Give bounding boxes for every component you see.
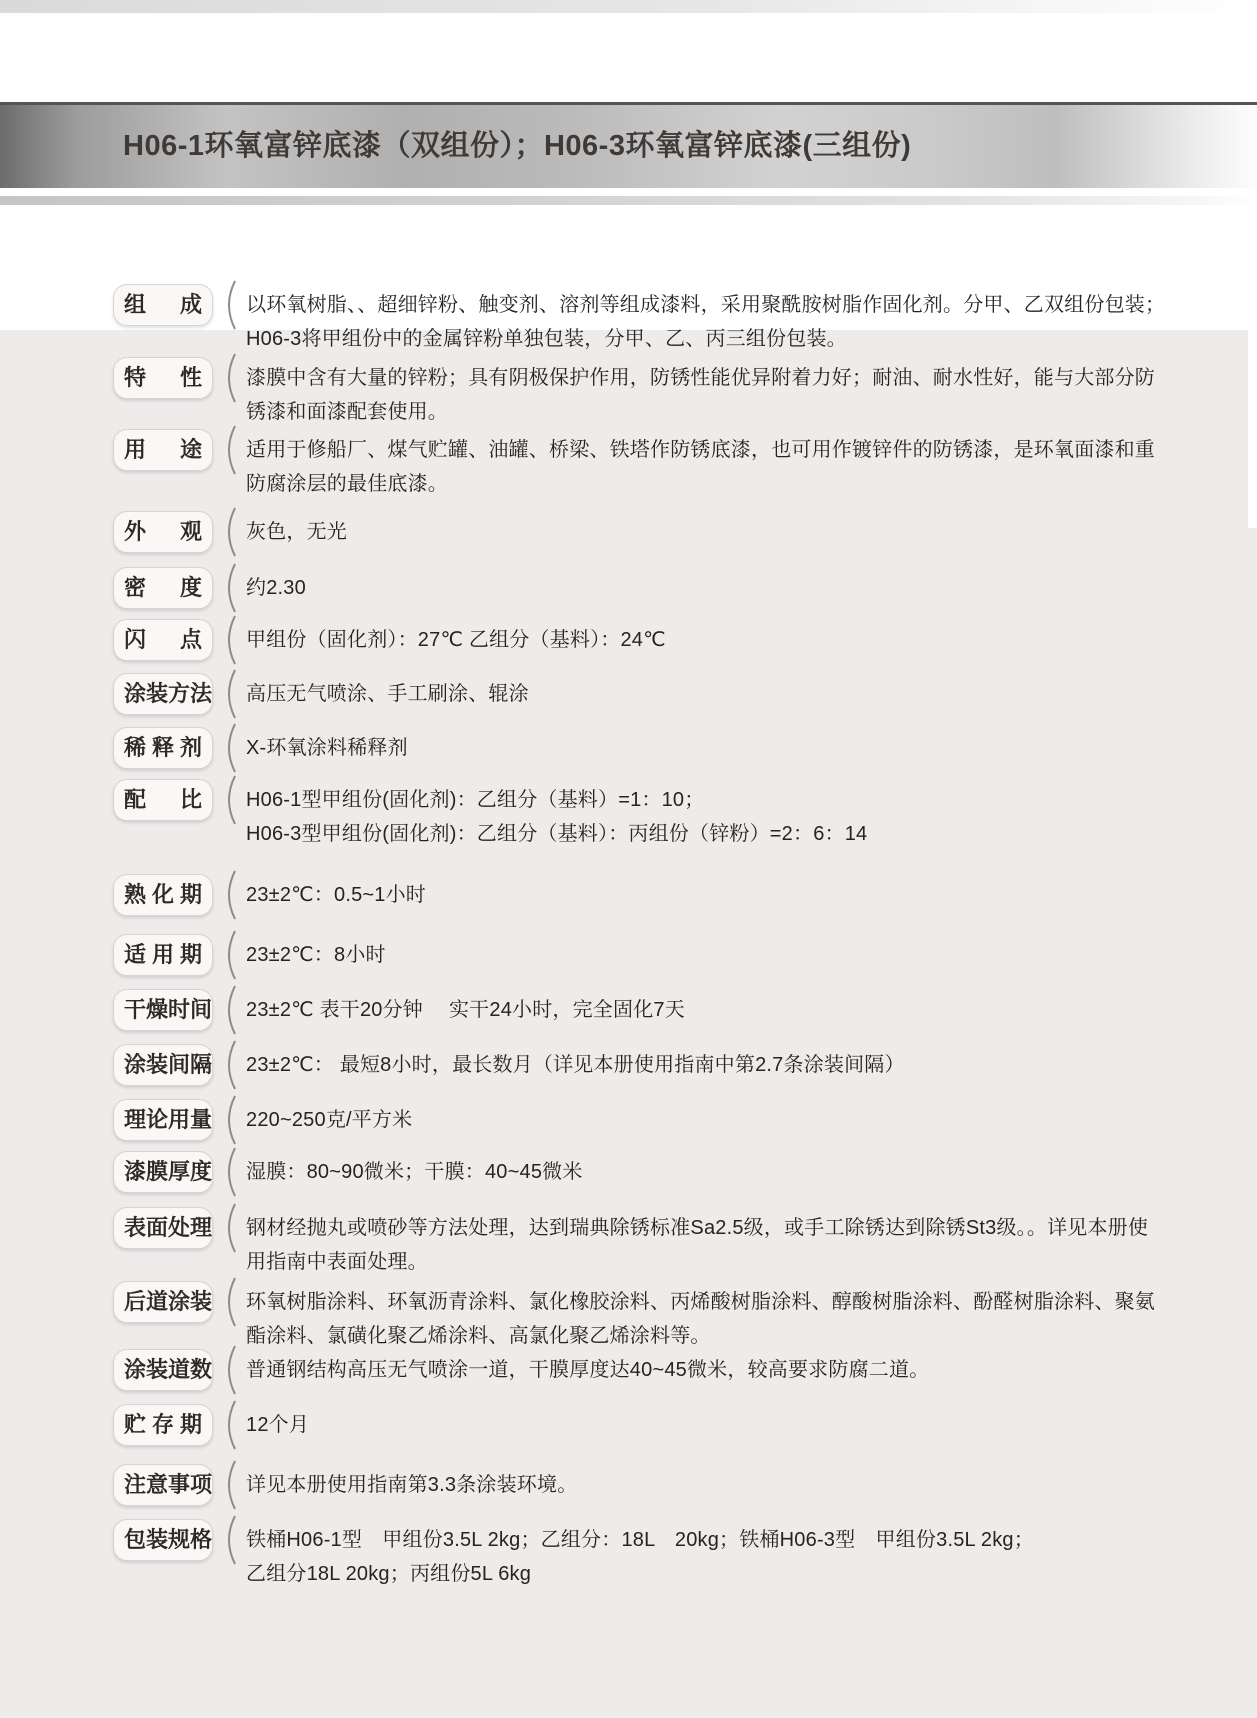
row-composition: 组成 以环氧树脂、、超细锌粉、触变剂、溶剂等组成漆料，采用聚酰胺树脂作固化剂。分… bbox=[113, 288, 1165, 356]
spec-label: 涂装道数 bbox=[124, 1359, 202, 1381]
bracket-icon bbox=[218, 505, 240, 559]
spec-value: 铁桶H06-1型 甲组份3.5L 2kg；乙组分：18L 20kg；铁桶H06-… bbox=[246, 1523, 1034, 1591]
row-characteristics: 特性 漆膜中含有大量的锌粉；具有阴极保护作用，防锈性能优异附着力好；耐油、耐水性… bbox=[113, 361, 1155, 429]
bracket-icon bbox=[218, 868, 240, 922]
header-bar: H06-1环氧富锌底漆（双组份）；H06-3环氧富锌底漆(三组份) bbox=[0, 102, 1257, 188]
spec-label-pill: 组成 bbox=[113, 284, 213, 326]
spec-label: 表面处理 bbox=[124, 1217, 202, 1239]
spec-label-pill: 适用期 bbox=[113, 934, 213, 976]
spec-label-pill: 熟化期 bbox=[113, 874, 213, 916]
row-surface-treatment: 表面处理 钢材经抛丸或喷砂等方法处理，达到瑞典除锈标准Sa2.5级，或手工除锈达… bbox=[113, 1211, 1148, 1279]
spec-label-pill: 涂装道数 bbox=[113, 1349, 213, 1391]
bracket-icon bbox=[218, 423, 240, 477]
spec-label-pill: 涂装方法 bbox=[113, 673, 213, 715]
spec-label: 包装规格 bbox=[124, 1529, 202, 1551]
spec-label-pill: 理论用量 bbox=[113, 1099, 213, 1141]
bracket-icon bbox=[218, 721, 240, 775]
spec-label: 外观 bbox=[124, 521, 202, 543]
spec-value: 钢材经抛丸或喷砂等方法处理，达到瑞典除锈标准Sa2.5级，或手工除锈达到除锈St… bbox=[246, 1211, 1148, 1279]
row-number-of-coats: 涂装道数 普通钢结构高压无气喷涂一道，干膜厚度达40~45微米，较高要求防腐二道… bbox=[113, 1353, 929, 1397]
spec-value: 漆膜中含有大量的锌粉；具有阴极保护作用，防锈性能优异附着力好；耐油、耐水性好，能… bbox=[246, 361, 1155, 429]
row-appearance: 外观 灰色，无光 bbox=[113, 515, 347, 559]
bracket-icon bbox=[218, 1145, 240, 1199]
spec-label-pill: 稀释剂 bbox=[113, 727, 213, 769]
header-underline-band bbox=[0, 196, 1257, 205]
bracket-icon bbox=[218, 1458, 240, 1512]
spec-label-pill: 特性 bbox=[113, 357, 213, 399]
spec-label: 后道涂装 bbox=[124, 1291, 202, 1313]
row-density: 密度 约2.30 bbox=[113, 571, 306, 615]
spec-label-pill: 外观 bbox=[113, 511, 213, 553]
bracket-icon bbox=[218, 278, 240, 332]
spec-value: 湿膜：80~90微米；干膜：40~45微米 bbox=[246, 1155, 583, 1189]
bracket-icon bbox=[218, 1343, 240, 1397]
spec-label: 注意事项 bbox=[124, 1474, 202, 1496]
row-shelf-life: 贮存期 12个月 bbox=[113, 1408, 309, 1452]
row-theoretical-consumption: 理论用量 220~250克/平方米 bbox=[113, 1103, 412, 1147]
spec-label-pill: 涂装间隔 bbox=[113, 1044, 213, 1086]
row-drying-time: 干燥时间 23±2℃ 表干20分钟 实干24小时，完全固化7天 bbox=[113, 993, 685, 1037]
spec-label-pill: 配比 bbox=[113, 779, 213, 821]
spec-value: 详见本册使用指南第3.3条涂装环境。 bbox=[246, 1468, 577, 1502]
spec-label-pill: 漆膜厚度 bbox=[113, 1151, 213, 1193]
spec-label: 稀释剂 bbox=[124, 737, 202, 759]
row-thinner: 稀释剂 X-环氧涂料稀释剂 bbox=[113, 731, 408, 775]
spec-label-pill: 用途 bbox=[113, 429, 213, 471]
spec-label-pill: 包装规格 bbox=[113, 1519, 213, 1561]
spec-label: 适用期 bbox=[124, 944, 202, 966]
top-edge-strip bbox=[0, 0, 1257, 13]
spec-label: 涂装方法 bbox=[124, 683, 202, 705]
spec-value: 以环氧树脂、、超细锌粉、触变剂、溶剂等组成漆料，采用聚酰胺树脂作固化剂。分甲、乙… bbox=[246, 288, 1165, 356]
spec-value: 23±2℃： 最短8小时，最长数月（详见本册使用指南中第2.7条涂装间隔） bbox=[246, 1048, 905, 1082]
spec-label: 组成 bbox=[124, 294, 202, 316]
row-pot-life: 适用期 23±2℃：8小时 bbox=[113, 938, 386, 982]
spec-label-pill: 闪点 bbox=[113, 619, 213, 661]
bracket-icon bbox=[218, 928, 240, 982]
spec-label: 闪点 bbox=[124, 629, 202, 651]
spec-value: 适用于修船厂、煤气贮罐、油罐、桥梁、铁塔作防锈底漆，也可用作镀锌件的防锈漆，是环… bbox=[246, 433, 1155, 501]
spec-label: 用途 bbox=[124, 439, 202, 461]
row-maturation-time: 熟化期 23±2℃：0.5~1小时 bbox=[113, 878, 426, 922]
spec-value: 约2.30 bbox=[246, 571, 306, 605]
spec-value: 220~250克/平方米 bbox=[246, 1103, 412, 1137]
row-application: 用途 适用于修船厂、煤气贮罐、油罐、桥梁、铁塔作防锈底漆，也可用作镀锌件的防锈漆… bbox=[113, 433, 1155, 501]
bracket-icon bbox=[218, 351, 240, 405]
bracket-icon bbox=[218, 773, 240, 827]
bracket-icon bbox=[218, 1398, 240, 1452]
row-precautions: 注意事项 详见本册使用指南第3.3条涂装环境。 bbox=[113, 1468, 577, 1512]
spec-label-pill: 表面处理 bbox=[113, 1207, 213, 1249]
spec-label: 密度 bbox=[124, 577, 202, 599]
spec-value: 甲组份（固化剂）：27℃ 乙组分（基料）：24℃ bbox=[246, 623, 666, 657]
row-packaging: 包装规格 铁桶H06-1型 甲组份3.5L 2kg；乙组分：18L 20kg；铁… bbox=[113, 1523, 1034, 1591]
spec-value: 普通钢结构高压无气喷涂一道，干膜厚度达40~45微米，较高要求防腐二道。 bbox=[246, 1353, 929, 1387]
spec-value: X-环氧涂料稀释剂 bbox=[246, 731, 408, 765]
spec-value: 23±2℃：8小时 bbox=[246, 938, 386, 972]
spec-label: 配比 bbox=[124, 789, 202, 811]
spec-label: 理论用量 bbox=[124, 1109, 202, 1131]
row-subsequent-coats: 后道涂装 环氧树脂涂料、环氧沥青涂料、氯化橡胶涂料、丙烯酸树脂涂料、醇酸树脂涂料… bbox=[113, 1285, 1155, 1353]
spec-label-pill: 注意事项 bbox=[113, 1464, 213, 1506]
spec-label: 贮存期 bbox=[124, 1414, 202, 1436]
spec-label: 漆膜厚度 bbox=[124, 1161, 202, 1183]
spec-value: 环氧树脂涂料、环氧沥青涂料、氯化橡胶涂料、丙烯酸树脂涂料、醇酸树脂涂料、酚醛树脂… bbox=[246, 1285, 1155, 1353]
spec-value: 高压无气喷涂、手工刷涂、辊涂 bbox=[246, 677, 529, 711]
bracket-icon bbox=[218, 1201, 240, 1255]
spec-value: 23±2℃：0.5~1小时 bbox=[246, 878, 426, 912]
bracket-icon bbox=[218, 1513, 240, 1567]
spec-label-pill: 干燥时间 bbox=[113, 989, 213, 1031]
bracket-icon bbox=[218, 613, 240, 667]
bracket-icon bbox=[218, 1275, 240, 1329]
row-film-thickness: 漆膜厚度 湿膜：80~90微米；干膜：40~45微米 bbox=[113, 1155, 583, 1199]
spec-label-pill: 后道涂装 bbox=[113, 1281, 213, 1323]
spec-label: 干燥时间 bbox=[124, 999, 202, 1021]
page-title: H06-1环氧富锌底漆（双组份）；H06-3环氧富锌底漆(三组份) bbox=[123, 105, 911, 188]
spec-label: 涂装间隔 bbox=[124, 1054, 202, 1076]
spec-value: 12个月 bbox=[246, 1408, 309, 1442]
bracket-icon bbox=[218, 667, 240, 721]
spec-label: 特性 bbox=[124, 367, 202, 389]
bracket-icon bbox=[218, 1093, 240, 1147]
datasheet-page: H06-1环氧富锌底漆（双组份）；H06-3环氧富锌底漆(三组份) 组成 以环氧… bbox=[0, 0, 1257, 1718]
spec-label: 熟化期 bbox=[124, 884, 202, 906]
spec-value: 灰色，无光 bbox=[246, 515, 347, 549]
spec-value: 23±2℃ 表干20分钟 实干24小时，完全固化7天 bbox=[246, 993, 685, 1027]
spec-label-pill: 贮存期 bbox=[113, 1404, 213, 1446]
spec-label-pill: 密度 bbox=[113, 567, 213, 609]
row-application-method: 涂装方法 高压无气喷涂、手工刷涂、辊涂 bbox=[113, 677, 529, 721]
bracket-icon bbox=[218, 561, 240, 615]
row-mix-ratio: 配比 H06-1型甲组份(固化剂)：乙组分（基料）=1：10； H06-3型甲组… bbox=[113, 783, 867, 851]
row-recoat-interval: 涂装间隔 23±2℃： 最短8小时，最长数月（详见本册使用指南中第2.7条涂装间… bbox=[113, 1048, 905, 1092]
bracket-icon bbox=[218, 1038, 240, 1092]
spec-value: H06-1型甲组份(固化剂)：乙组分（基料）=1：10； H06-3型甲组份(固… bbox=[246, 783, 867, 851]
bracket-icon bbox=[218, 983, 240, 1037]
page-right-margin bbox=[1248, 188, 1257, 528]
row-flash-point: 闪点 甲组份（固化剂）：27℃ 乙组分（基料）：24℃ bbox=[113, 623, 666, 667]
